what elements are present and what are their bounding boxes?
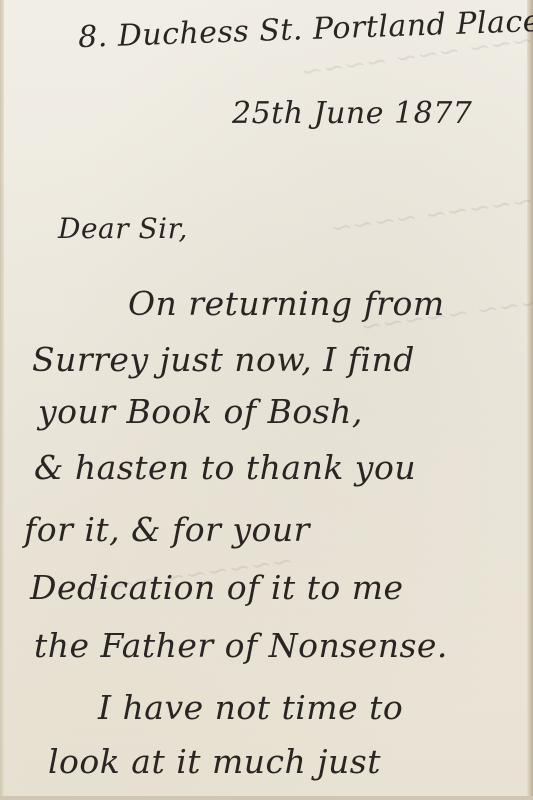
letter-line: the Father of Nonsense. xyxy=(34,626,448,665)
letter-line: Dedication of it to me xyxy=(30,568,404,607)
letter-line: I have not time to xyxy=(98,688,403,727)
letter-line: for it, & for your xyxy=(24,510,310,549)
paper-left-edge xyxy=(0,0,4,800)
letter-line: your Book of Bosh, xyxy=(38,392,363,431)
letter-line: look at it much just xyxy=(48,742,381,781)
letter-date: 25th June 1877 xyxy=(232,96,472,131)
letter-page: ~~~~ ~~~ ~~~~ ~~~~~ ~~~~ ~~~ ~~~~~ ~~~~~… xyxy=(0,0,533,800)
show-through-ink: ~~~~~ ~~~~ xyxy=(329,186,533,244)
paper-right-edge xyxy=(527,0,533,800)
letter-salutation: Dear Sir, xyxy=(58,212,188,245)
letter-line: Surrey just now, I find xyxy=(32,340,415,379)
letter-line: On returning from xyxy=(128,284,445,323)
paper-bottom-edge xyxy=(0,796,533,800)
letter-line: & hasten to thank you xyxy=(34,448,416,487)
